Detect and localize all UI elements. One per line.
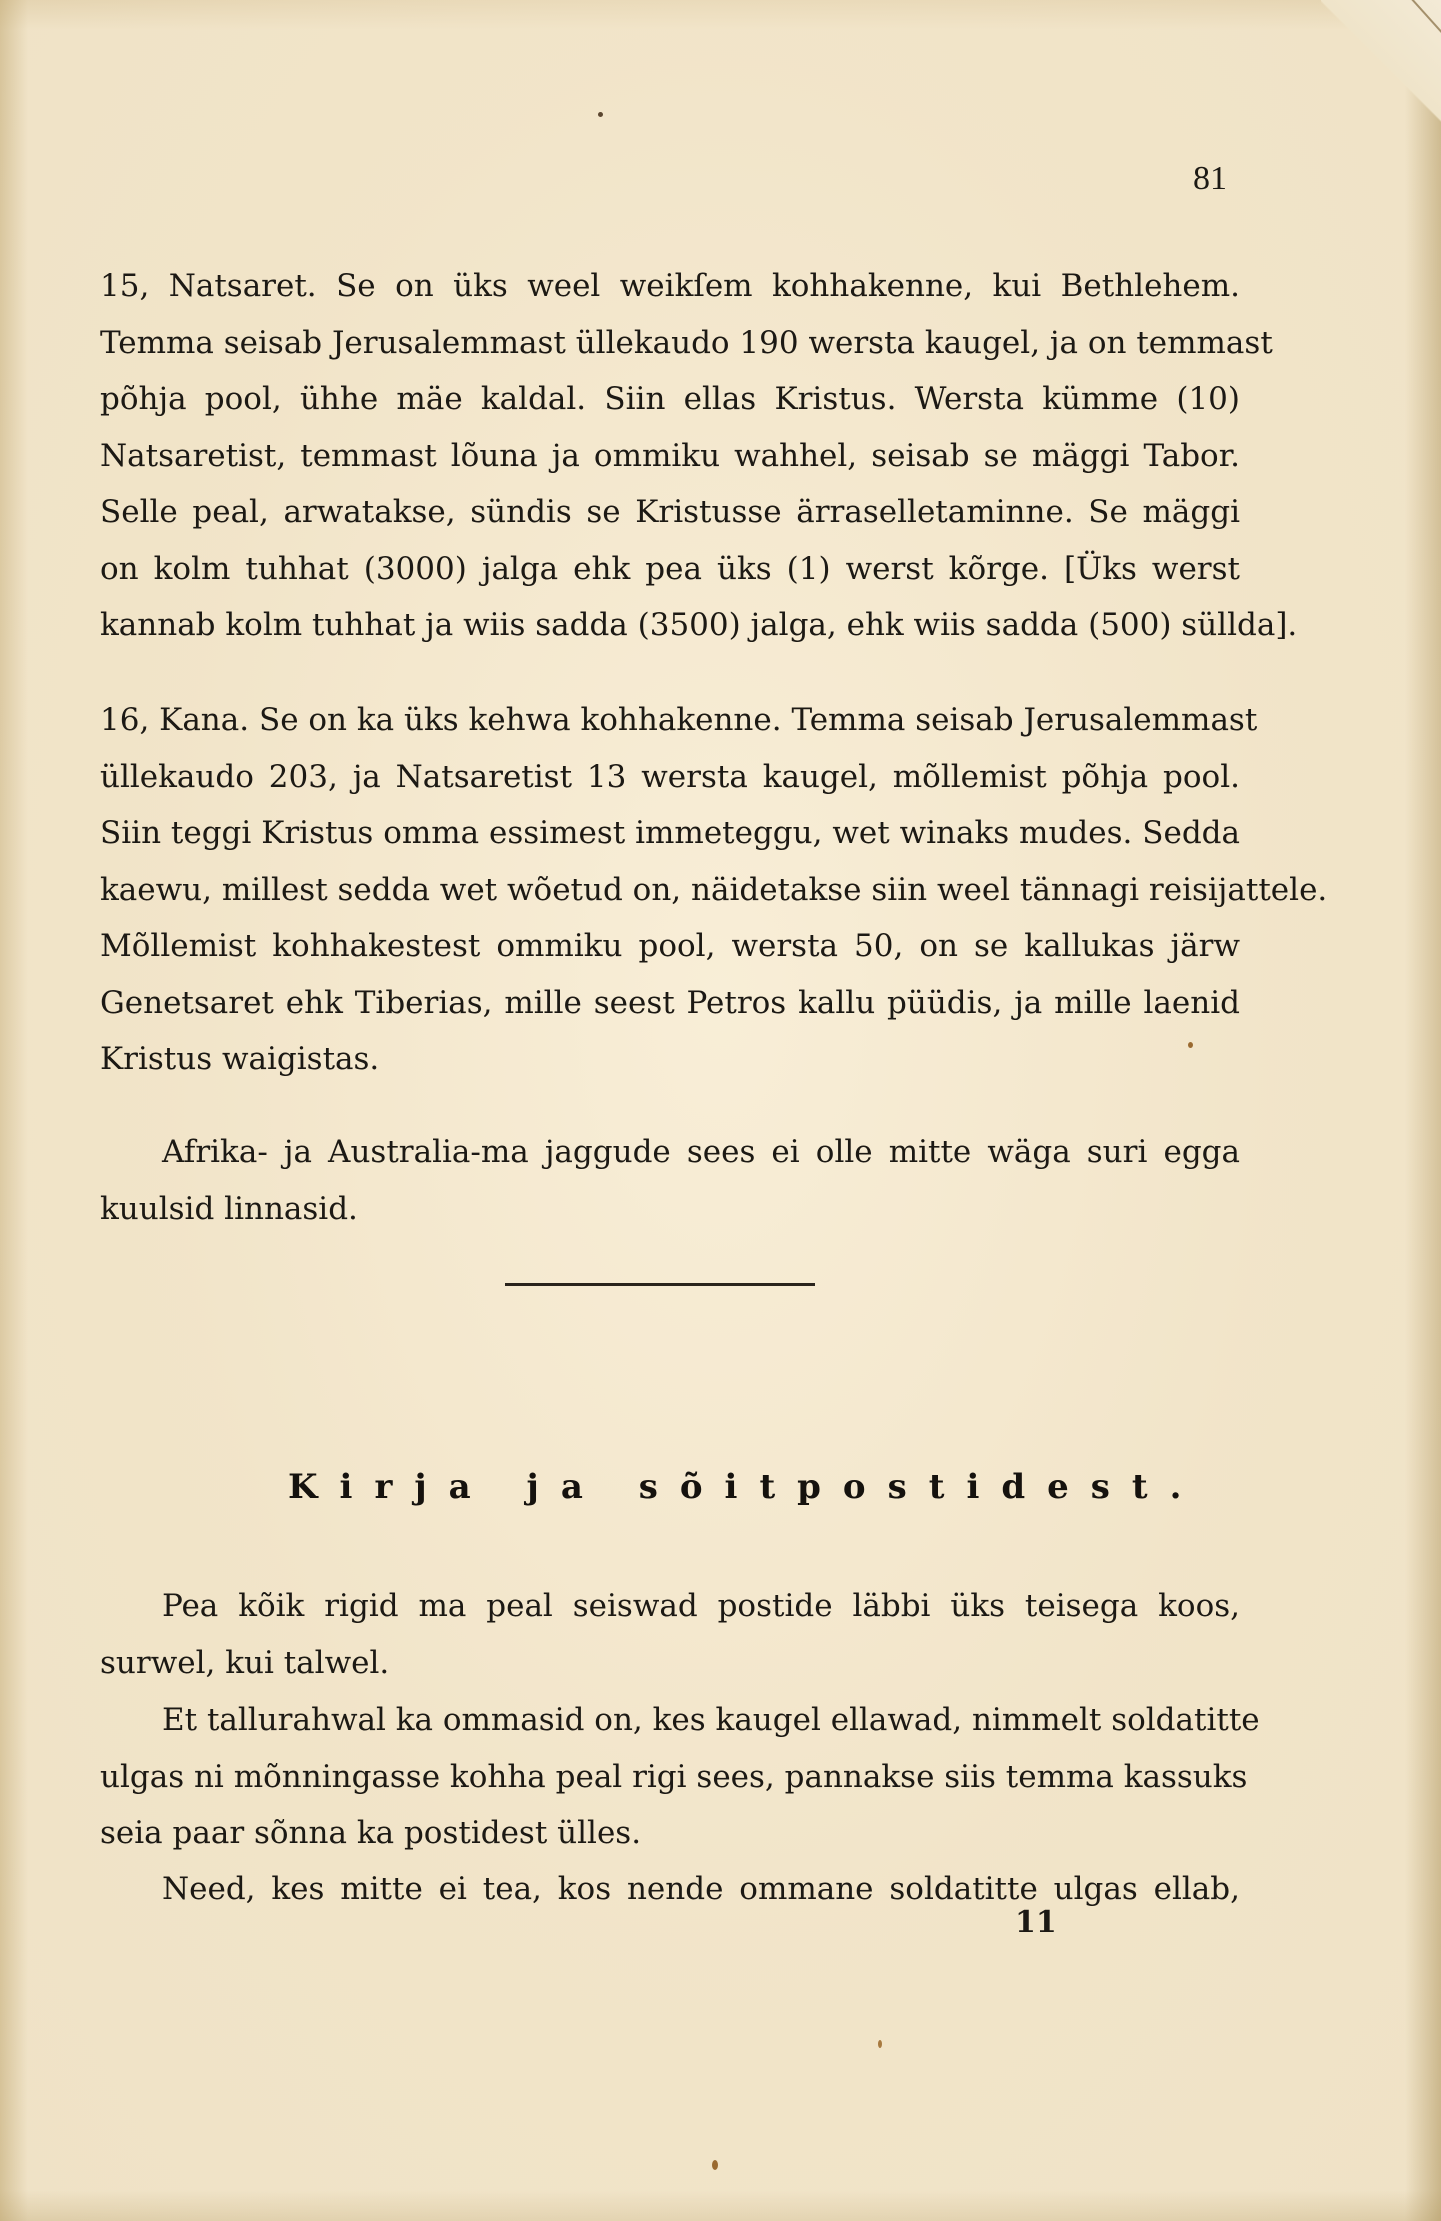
text-line: kannab kolm tuhhat ja wiis sadda (3500) … bbox=[100, 597, 1240, 654]
text-line: Temma seisab Jerusalemmast üllekaudo 190… bbox=[100, 315, 1240, 372]
text-line: Natsaretist, temmast lõuna ja ommiku wah… bbox=[100, 428, 1240, 485]
text-line: Genetsaret ehk Tiberias, mille seest Pet… bbox=[100, 975, 1240, 1032]
text-line: Mõllemist kohhakestest ommiku pool, wers… bbox=[100, 918, 1240, 975]
section-divider-rule bbox=[505, 1283, 815, 1286]
section-heading: Kirja ja sõitpostidest. bbox=[288, 1467, 1088, 1507]
book-page: 81 15, Natsaret. Se on üks weel weikſem … bbox=[0, 0, 1441, 2221]
text-line: Kristus waigistas. bbox=[100, 1031, 1240, 1088]
paper-speck bbox=[598, 112, 603, 117]
text-line: 16, Kana. Se on ka üks kehwa kohhakenne.… bbox=[100, 692, 1240, 749]
folded-corner bbox=[1321, 0, 1441, 130]
text-line: Need, kes mitte ei tea, kos nende ommane… bbox=[100, 1861, 1240, 1918]
text-line: põhja pool, ühhe mäe kaldal. Siin ellas … bbox=[100, 371, 1240, 428]
text-line: Selle peal, arwatakse, sündis se Kristus… bbox=[100, 484, 1240, 541]
text-line: ulgas ni mõnningasse kohha peal rigi see… bbox=[100, 1749, 1240, 1806]
text-line: Siin teggi Kristus omma essimest immeteg… bbox=[100, 805, 1240, 862]
paper-speck bbox=[878, 2040, 882, 2048]
text-line: kuulsid linnasid. bbox=[100, 1181, 1240, 1238]
text-line: seia paar sõnna ka postidest ülles. bbox=[100, 1805, 1240, 1862]
text-line: on kolm tuhhat (3000) jalga ehk pea üks … bbox=[100, 541, 1240, 598]
paragraph-africa-australia: Afrika- ja Australia-ma jaggude sees ei … bbox=[100, 1124, 1240, 1237]
paper-speck bbox=[1188, 1042, 1193, 1048]
text-line: kaewu, millest sedda wet wõetud on, näid… bbox=[100, 862, 1240, 919]
text-line: üllekaudo 203, ja Natsaretist 13 wersta … bbox=[100, 749, 1240, 806]
text-line: surwel, kui talwel. bbox=[100, 1635, 1240, 1692]
paper-speck bbox=[712, 2160, 718, 2170]
paragraph-kana: 16, Kana. Se on ka üks kehwa kohhakenne.… bbox=[100, 692, 1240, 1088]
text-line: Pea kõik rigid ma peal seiswad postide l… bbox=[100, 1578, 1240, 1635]
page-number: 81 bbox=[1193, 160, 1227, 198]
text-line: Afrika- ja Australia-ma jaggude sees ei … bbox=[100, 1124, 1240, 1181]
paragraph-postal-1: Pea kõik rigid ma peal seiswad postide l… bbox=[100, 1578, 1240, 1691]
paragraph-postal-3: Need, kes mitte ei tea, kos nende ommane… bbox=[100, 1861, 1240, 1918]
signature-mark: 11 bbox=[1015, 1905, 1057, 1940]
paragraph-postal-2: Et tallurahwal ka ommasid on, kes kaugel… bbox=[100, 1692, 1240, 1862]
text-line: 15, Natsaret. Se on üks weel weikſem koh… bbox=[100, 258, 1240, 315]
text-line: Et tallurahwal ka ommasid on, kes kaugel… bbox=[100, 1692, 1240, 1749]
paragraph-nazareth: 15, Natsaret. Se on üks weel weikſem koh… bbox=[100, 258, 1240, 654]
